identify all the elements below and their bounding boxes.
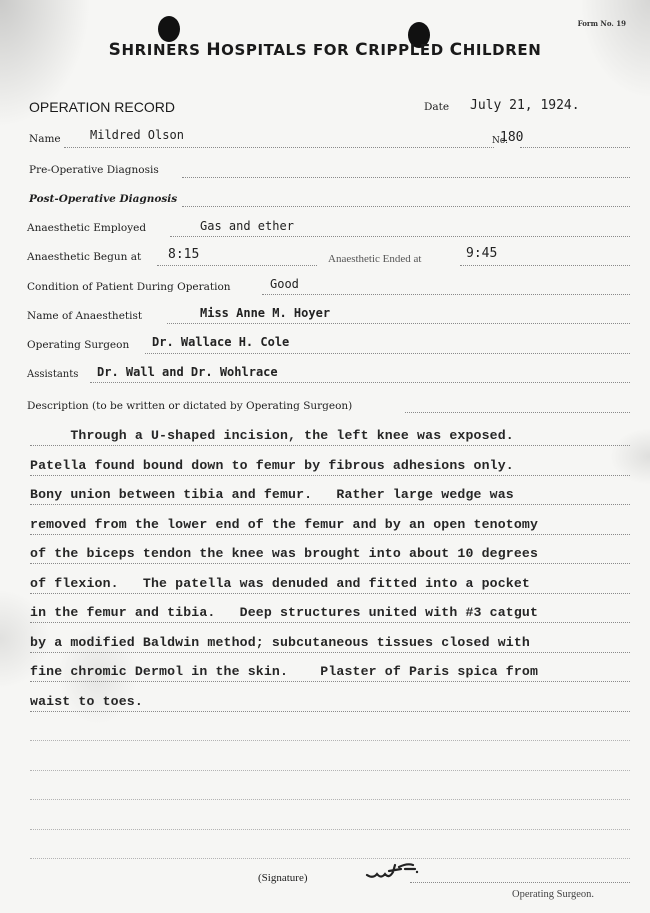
name-label: Name xyxy=(29,133,61,145)
description-rule xyxy=(30,622,630,623)
assistants-rule xyxy=(90,382,630,383)
anaesthetic-begun-value[interactable]: 8:15 xyxy=(168,247,199,262)
anaesthetist-rule xyxy=(167,323,630,324)
description-rule xyxy=(30,652,630,653)
operation-record-page: Form No. 19 SHRINERS HOSPITALS FOR CRIPP… xyxy=(0,0,650,913)
description-rule xyxy=(30,475,630,476)
description-line: of flexion. The patella was denuded and … xyxy=(30,576,530,591)
blank-rule xyxy=(30,829,630,830)
form-number: Form No. 19 xyxy=(578,19,626,28)
description-rule xyxy=(30,563,630,564)
anaesthetic-ended-rule xyxy=(460,265,630,266)
organization-title: SHRINERS HOSPITALS FOR CRIPPLED CHILDREN xyxy=(0,40,650,60)
assistants-value[interactable]: Dr. Wall and Dr. Wohlrace xyxy=(97,365,278,379)
blank-rule xyxy=(30,740,630,741)
signature-title: Operating Surgeon. xyxy=(512,889,594,900)
description-line: Bony union between tibia and femur. Rath… xyxy=(30,487,514,502)
description-line: of the biceps tendon the knee was brough… xyxy=(30,546,538,561)
surgeon-value[interactable]: Dr. Wallace H. Cole xyxy=(152,335,289,349)
description-rule xyxy=(30,711,630,712)
surgeon-label: Operating Surgeon xyxy=(27,339,129,351)
description-line: removed from the lower end of the femur … xyxy=(30,517,538,532)
description-rule xyxy=(30,534,630,535)
condition-value[interactable]: Good xyxy=(270,277,299,291)
post-op-diagnosis-label: Post-Operative Diagnosis xyxy=(29,193,177,205)
description-line: Patella found bound down to femur by fib… xyxy=(30,458,514,473)
assistants-label: Assistants xyxy=(27,369,78,380)
signature-label: (Signature) xyxy=(258,872,307,884)
description-line: fine chromic Dermol in the skin. Plaster… xyxy=(30,664,538,679)
post-op-diagnosis-field[interactable] xyxy=(182,206,630,207)
anaesthetic-begun-label: Anaesthetic Begun at xyxy=(27,251,141,263)
blank-rule xyxy=(30,799,630,800)
blank-rule xyxy=(30,770,630,771)
anaesthetic-employed-label: Anaesthetic Employed xyxy=(27,222,146,234)
condition-rule xyxy=(262,294,630,295)
description-label-rule xyxy=(405,412,630,413)
anaesthetic-employed-rule xyxy=(170,236,630,237)
anaesthetic-begun-rule xyxy=(157,265,317,266)
anaesthetist-label: Name of Anaesthetist xyxy=(27,310,142,322)
description-rule xyxy=(30,593,630,594)
date-value[interactable]: July 21, 1924. xyxy=(470,98,580,113)
description-rule xyxy=(30,504,630,505)
punch-hole-left xyxy=(158,16,180,42)
pre-op-diagnosis-label: Pre-Operative Diagnosis xyxy=(29,164,159,176)
anaesthetic-employed-value[interactable]: Gas and ether xyxy=(200,219,294,233)
description-rule xyxy=(30,681,630,682)
description-line: by a modified Baldwin method; subcutaneo… xyxy=(30,635,530,650)
description-line: waist to toes. xyxy=(30,694,143,709)
description-label: Description (to be written or dictated b… xyxy=(27,400,352,412)
record-number-value[interactable]: 180 xyxy=(500,130,523,145)
signature-scribble xyxy=(365,855,435,885)
anaesthetist-value[interactable]: Miss Anne M. Hoyer xyxy=(200,306,330,320)
anaesthetic-ended-label: Anaesthetic Ended at xyxy=(328,253,421,265)
description-rule xyxy=(30,445,630,446)
name-rule xyxy=(64,147,494,148)
anaesthetic-ended-value[interactable]: 9:45 xyxy=(466,246,497,261)
description-line: Through a U-shaped incision, the left kn… xyxy=(30,428,514,443)
pre-op-diagnosis-field[interactable] xyxy=(182,177,630,178)
surgeon-rule xyxy=(145,353,630,354)
date-label: Date xyxy=(424,101,449,113)
description-line: in the femur and tibia. Deep structures … xyxy=(30,605,538,620)
condition-label: Condition of Patient During Operation xyxy=(27,281,231,293)
signature-rule[interactable] xyxy=(410,882,630,883)
number-rule xyxy=(520,147,630,148)
patient-name-value[interactable]: Mildred Olson xyxy=(90,128,184,142)
record-title: OPERATION RECORD xyxy=(29,99,175,115)
blank-rule xyxy=(30,858,630,859)
